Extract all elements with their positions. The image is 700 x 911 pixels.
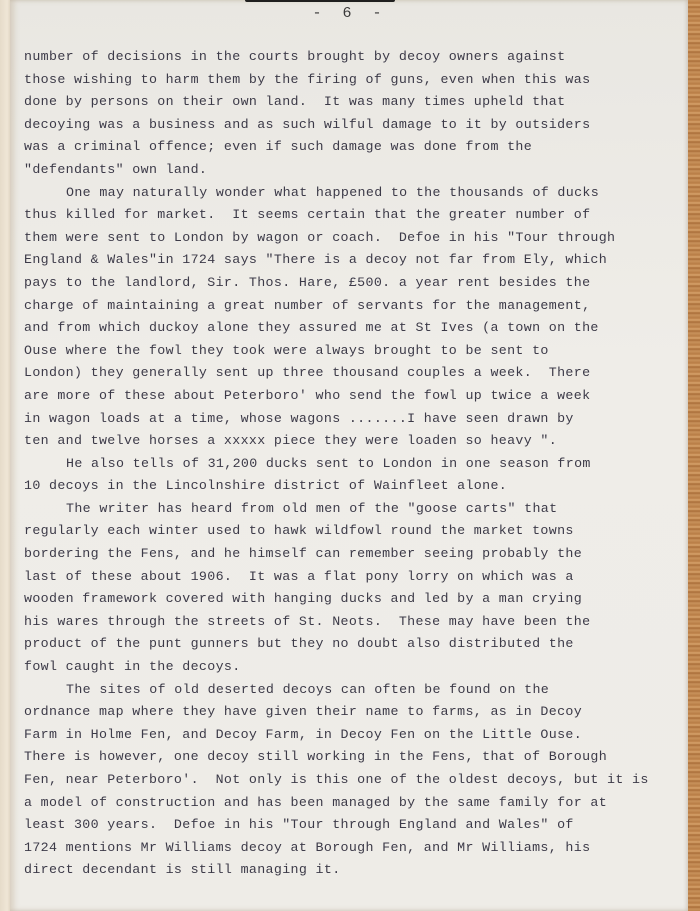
text-line: and from which duckoy alone they assured…: [24, 317, 694, 340]
text-line: wooden framework covered with hanging du…: [24, 588, 694, 611]
text-line: regularly each winter used to hawk wildf…: [24, 520, 694, 543]
text-line: The writer has heard from old men of the…: [24, 498, 694, 521]
text-line: number of decisions in the courts brough…: [24, 46, 694, 69]
text-line: England & Wales"in 1724 says "There is a…: [24, 249, 694, 272]
text-line: least 300 years. Defoe in his "Tour thro…: [24, 814, 694, 837]
text-line: Ouse where the fowl they took were alway…: [24, 340, 694, 363]
text-line: The sites of old deserted decoys can oft…: [24, 679, 694, 702]
text-line: 10 decoys in the Lincolnshire district o…: [24, 475, 694, 498]
text-line: ten and twelve horses a xxxxx piece they…: [24, 430, 694, 453]
text-line: fowl caught in the decoys.: [24, 656, 694, 679]
text-line: direct decendant is still managing it.: [24, 859, 694, 882]
text-line: There is however, one decoy still workin…: [24, 746, 694, 769]
text-line: Farm in Holme Fen, and Decoy Farm, in De…: [24, 724, 694, 747]
text-line: are more of these about Peterboro' who s…: [24, 385, 694, 408]
text-line: charge of maintaining a great number of …: [24, 295, 694, 318]
text-line: thus killed for market. It seems certain…: [24, 204, 694, 227]
page-number: - 6 -: [0, 5, 700, 22]
text-line: He also tells of 31,200 ducks sent to Lo…: [24, 453, 694, 476]
text-line: ordnance map where they have given their…: [24, 701, 694, 724]
text-line: was a criminal offence; even if such dam…: [24, 136, 694, 159]
text-line: in wagon loads at a time, whose wagons .…: [24, 408, 694, 431]
text-line: a model of construction and has been man…: [24, 792, 694, 815]
text-line: One may naturally wonder what happened t…: [24, 182, 694, 205]
document-body: number of decisions in the courts brough…: [24, 46, 694, 882]
text-line: decoying was a business and as such wilf…: [24, 114, 694, 137]
text-line: Fen, near Peterboro'. Not only is this o…: [24, 769, 694, 792]
text-line: product of the punt gunners but they no …: [24, 633, 694, 656]
text-line: last of these about 1906. It was a flat …: [24, 566, 694, 589]
text-line: done by persons on their own land. It wa…: [24, 91, 694, 114]
text-line: 1724 mentions Mr Williams decoy at Borou…: [24, 837, 694, 860]
text-line: London) they generally sent up three tho…: [24, 362, 694, 385]
text-line: "defendants" own land.: [24, 159, 694, 182]
text-line: pays to the landlord, Sir. Thos. Hare, £…: [24, 272, 694, 295]
binder-clip-edge: [245, 0, 395, 2]
text-line: his wares through the streets of St. Neo…: [24, 611, 694, 634]
text-line: those wishing to harm them by the firing…: [24, 69, 694, 92]
text-line: them were sent to London by wagon or coa…: [24, 227, 694, 250]
text-line: bordering the Fens, and he himself can r…: [24, 543, 694, 566]
